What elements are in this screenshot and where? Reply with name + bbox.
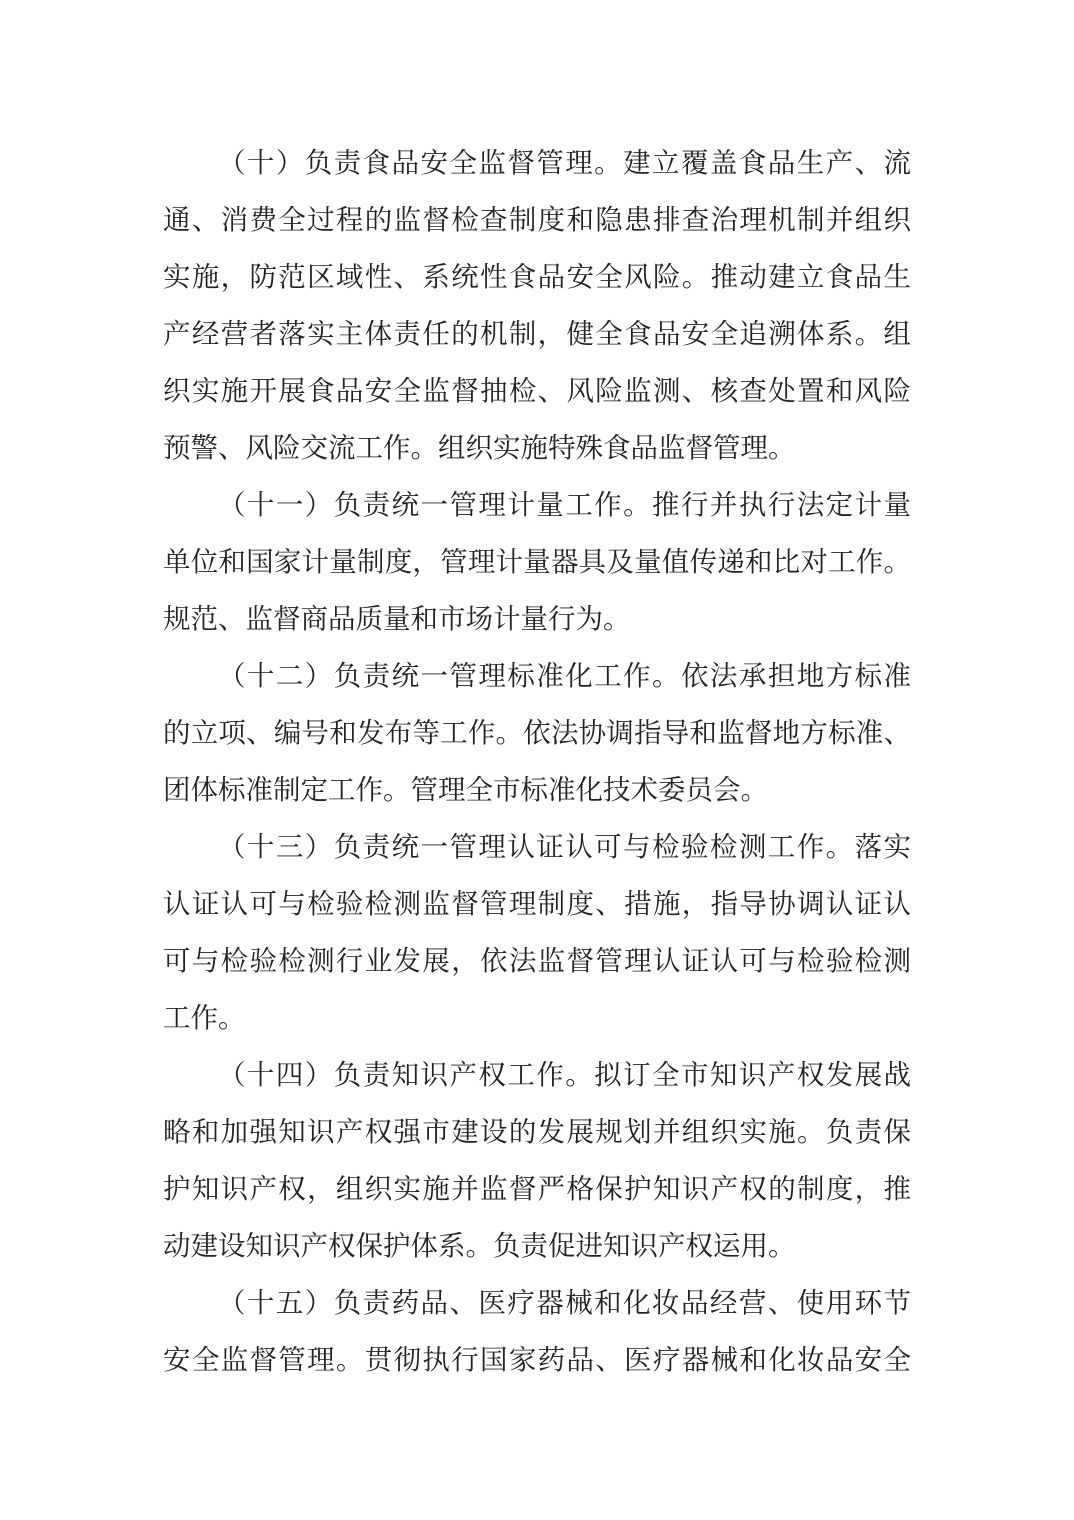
document-line: 团体标准制定工作。管理全市标准化技术委员会。 [163,761,911,818]
document-line: （十三）负责统一管理认证认可与检验检测工作。落实 [163,818,911,875]
document-page: （十）负责食品安全监督管理。建立覆盖食品生产、流 通、消费全过程的监督检查制度和… [0,0,1074,1520]
document-line: 可与检验检测行业发展，依法监督管理认证认可与检验检测 [163,932,911,989]
paragraph-clause-14: （十四）负责知识产权工作。拟订全市知识产权发展战 略和加强知识产权强市建设的发展… [163,1046,911,1274]
paragraph-clause-12: （十二）负责统一管理标准化工作。依法承担地方标准 的立项、编号和发布等工作。依法… [163,647,911,818]
document-text-block: （十）负责食品安全监督管理。建立覆盖食品生产、流 通、消费全过程的监督检查制度和… [163,134,911,1388]
document-line: 工作。 [163,989,911,1046]
document-line: 动建设知识产权保护体系。负责促进知识产权运用。 [163,1217,911,1274]
paragraph-clause-15: （十五）负责药品、医疗器械和化妆品经营、使用环节 安全监督管理。贯彻执行国家药品… [163,1274,911,1388]
document-line: 安全监督管理。贯彻执行国家药品、医疗器械和化妆品安全 [163,1331,911,1388]
document-line: 认证认可与检验检测监督管理制度、措施，指导协调认证认 [163,875,911,932]
document-line: 通、消费全过程的监督检查制度和隐患排查治理机制并组织 [163,191,911,248]
document-line: 规范、监督商品质量和市场计量行为。 [163,590,911,647]
paragraph-clause-13: （十三）负责统一管理认证认可与检验检测工作。落实 认证认可与检验检测监督管理制度… [163,818,911,1046]
document-line: 的立项、编号和发布等工作。依法协调指导和监督地方标准、 [163,704,911,761]
document-line: 略和加强知识产权强市建设的发展规划并组织实施。负责保 [163,1103,911,1160]
document-line: （十二）负责统一管理标准化工作。依法承担地方标准 [163,647,911,704]
document-line: 织实施开展食品安全监督抽检、风险监测、核查处置和风险 [163,362,911,419]
document-line: 预警、风险交流工作。组织实施特殊食品监督管理。 [163,419,911,476]
document-line: （十五）负责药品、医疗器械和化妆品经营、使用环节 [163,1274,911,1331]
document-line: （十一）负责统一管理计量工作。推行并执行法定计量 [163,476,911,533]
document-line: 产经营者落实主体责任的机制，健全食品安全追溯体系。组 [163,305,911,362]
document-line: （十）负责食品安全监督管理。建立覆盖食品生产、流 [163,134,911,191]
document-line: 单位和国家计量制度，管理计量器具及量值传递和比对工作。 [163,533,911,590]
paragraph-clause-10: （十）负责食品安全监督管理。建立覆盖食品生产、流 通、消费全过程的监督检查制度和… [163,134,911,476]
paragraph-clause-11: （十一）负责统一管理计量工作。推行并执行法定计量 单位和国家计量制度，管理计量器… [163,476,911,647]
document-line: 护知识产权，组织实施并监督严格保护知识产权的制度，推 [163,1160,911,1217]
document-line: （十四）负责知识产权工作。拟订全市知识产权发展战 [163,1046,911,1103]
document-line: 实施，防范区域性、系统性食品安全风险。推动建立食品生 [163,248,911,305]
